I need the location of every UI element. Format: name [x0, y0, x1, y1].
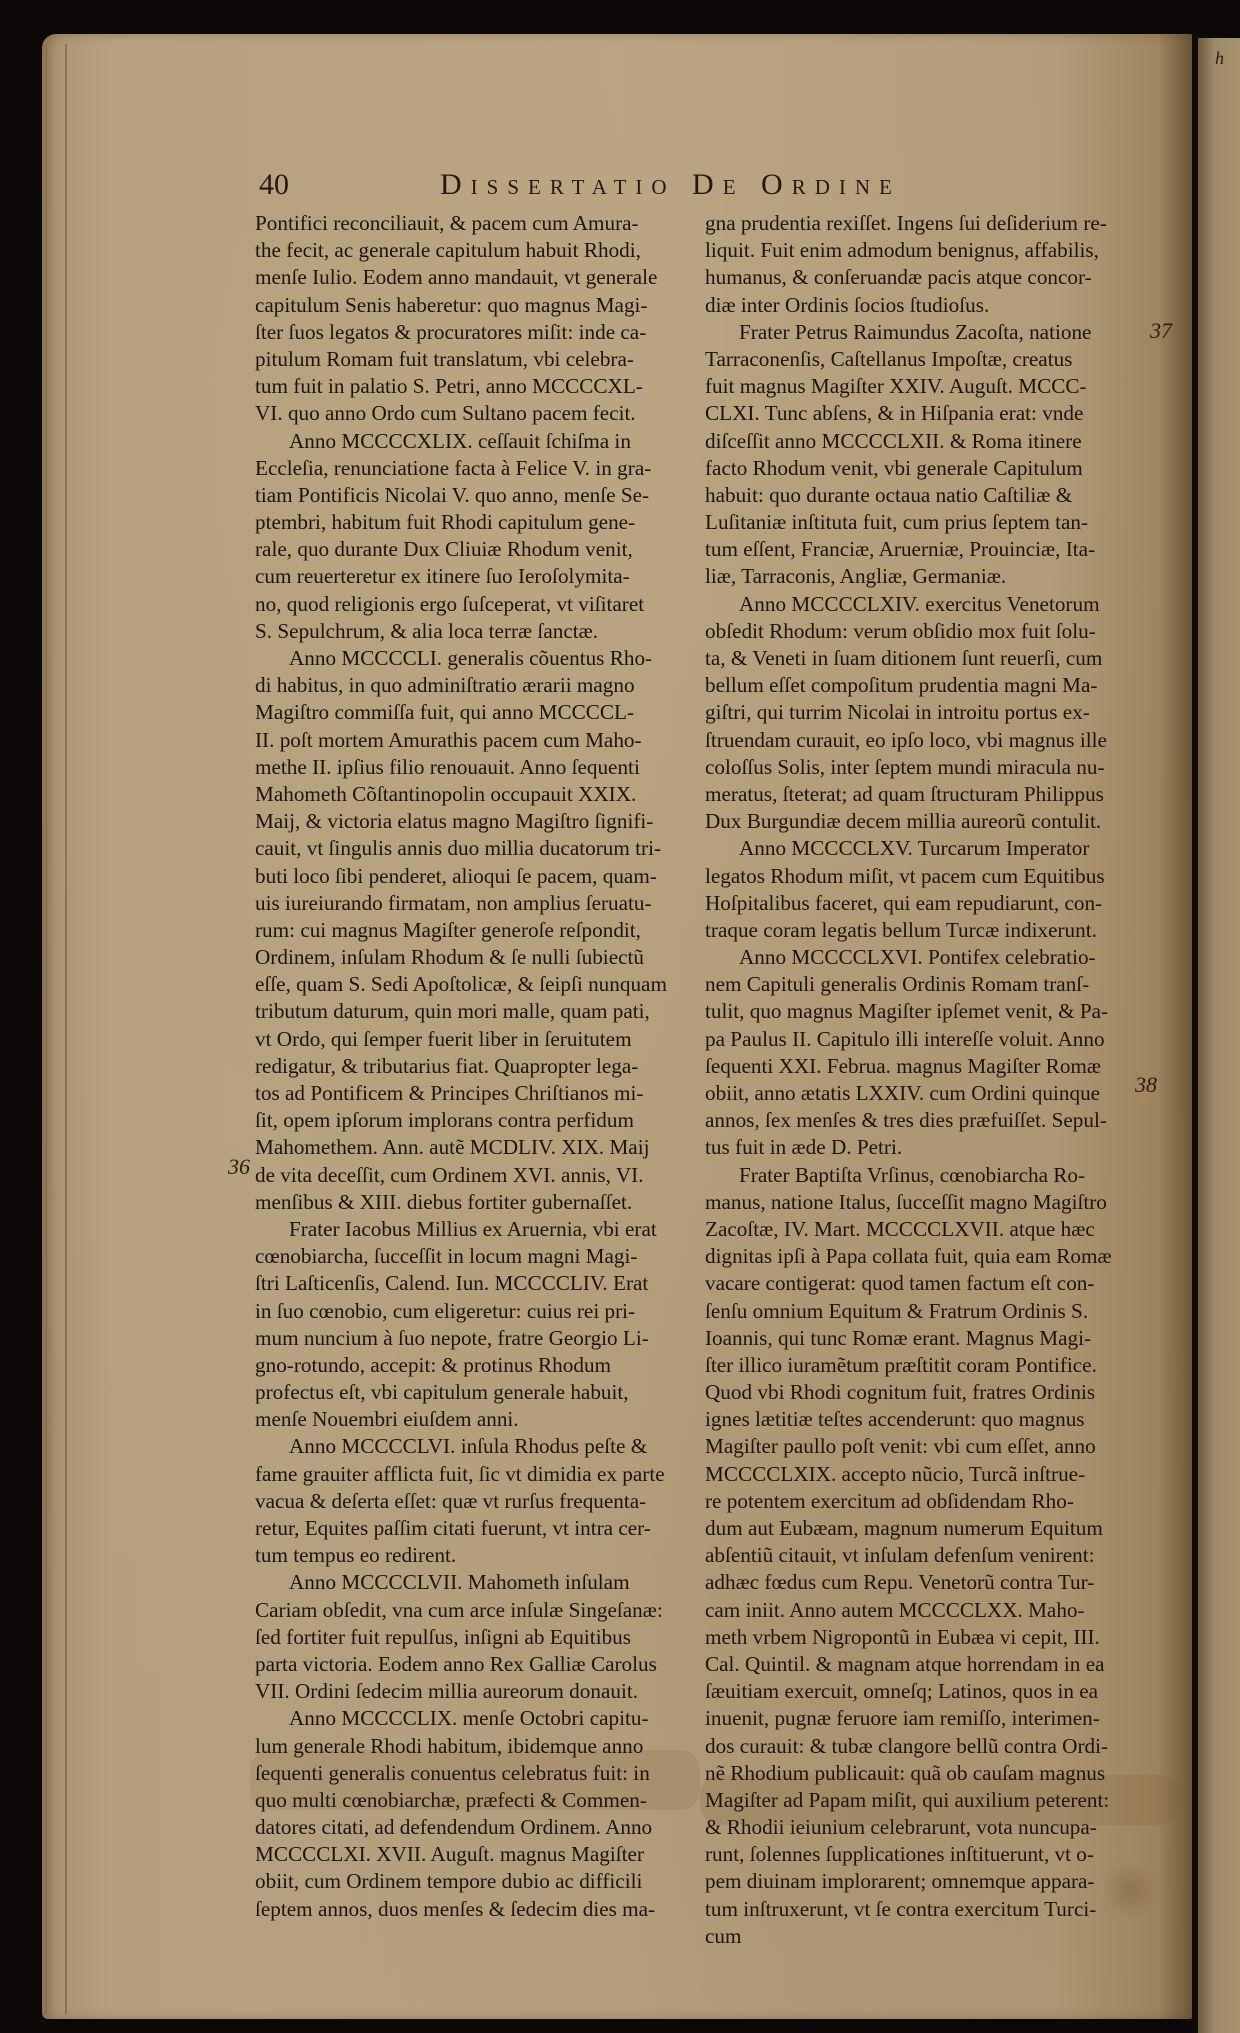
text-line: di habitus, in quo adminiſtratio ærarii …	[255, 672, 687, 699]
text-line: cauit, vt ſingulis annis duo millia duca…	[255, 835, 687, 862]
text-line: fame grauiter afflicta fuit, ſic vt dimi…	[255, 1461, 687, 1488]
text-line: tum tempus eo redirent.	[255, 1542, 687, 1569]
text-line: Anno MCCCCXLIX. ceſſauit ſchiſma in	[255, 428, 687, 455]
text-line: buti loco ſibi penderet, alioqui ſe pace…	[255, 863, 687, 890]
text-line: tum eſſent, Franciæ, Aruerniæ, Prouinciæ…	[705, 536, 1137, 563]
text-line: runt, ſolennes ſupplicationes inſtitueru…	[705, 1841, 1137, 1868]
text-line: Magiſter ad Papam miſit, qui auxilium pe…	[705, 1787, 1137, 1814]
text-line: ignes lætitiæ teſtes accenderunt: quo ma…	[705, 1406, 1137, 1433]
text-line: dos curauit: & tubæ clangore bellũ contr…	[705, 1733, 1137, 1760]
text-line: pitulum Romam fuit translatum, vbi celeb…	[255, 346, 687, 373]
text-line: retur, Equites paſſim citati fuerunt, vt…	[255, 1515, 687, 1542]
text-line: Ordinem, inſulam Rhodum & ſe nulli ſubie…	[255, 944, 687, 971]
text-line: S. Sepulchrum, & alia loca terræ ſanctæ.	[255, 618, 687, 645]
text-line: MCCCCLXIX. accepto nũcio, Turcã inſtrue-	[705, 1461, 1137, 1488]
text-line: methe II. ipſius filio renouauit. Anno ſ…	[255, 754, 687, 781]
text-line: obiit, anno ætatis LXXIV. cum Ordini qui…	[705, 1080, 1137, 1107]
text-line: vacua & deſerta eſſet: quæ vt rurſus fre…	[255, 1488, 687, 1515]
text-line: cum reuerteretur ex itinere ſuo Ieroſoly…	[255, 563, 687, 590]
text-line: VII. Ordini ſedecim millia aureorum dona…	[255, 1678, 687, 1705]
text-line: menſibus & XIII. diebus fortiter guberna…	[255, 1189, 687, 1216]
text-line: manus, natione Italus, ſucceſſit magno M…	[705, 1189, 1137, 1216]
text-line: vt Ordo, qui ſemper fuerit liber in ſeru…	[255, 1026, 687, 1053]
text-line: tum fuit in palatio S. Petri, anno MCCCC…	[255, 373, 687, 400]
text-line: ſed fortiter fuit repulſus, inſigni ab E…	[255, 1624, 687, 1651]
text-line: ſeptem annos, duos menſes & ſedecim dies…	[255, 1896, 687, 1923]
text-line: mum nuncium à ſuo nepote, fratre Georgio…	[255, 1325, 687, 1352]
text-line: Maij, & victoria elatus magno Magiſtro ſ…	[255, 808, 687, 835]
margin-note-38: 38	[1135, 1072, 1157, 1098]
text-line: cam iniit. Anno autem MCCCCLXX. Maho-	[705, 1597, 1137, 1624]
text-line: tulit, quo magnus Magiſter ipſemet venit…	[705, 998, 1137, 1025]
margin-note-36: 36	[228, 1154, 250, 1180]
text-line: cum	[705, 1923, 1137, 1950]
text-line: Tarraconenſis, Caſtellanus Impoſtæ, crea…	[705, 346, 1137, 373]
facing-page-mark: h	[1215, 48, 1224, 69]
text-line: ſtruendam curauit, eo ipſo loco, vbi mag…	[705, 727, 1137, 754]
running-title: Dissertatio De Ordine	[440, 168, 901, 202]
text-line: dignitas ipſi à Papa collata fuit, quia …	[705, 1243, 1137, 1270]
text-line: menſe Iulio. Eodem anno mandauit, vt gen…	[255, 264, 687, 291]
text-line: obſedit Rhodum: verum obſidio mox fuit ſ…	[705, 618, 1137, 645]
text-line: the fecit, ac generale capitulum habuit …	[255, 237, 687, 264]
text-line: pem diuinam implorarent; omnemque appara…	[705, 1868, 1137, 1895]
text-line: pa Paulus II. Capitulo illi intereſſe vo…	[705, 1026, 1137, 1053]
text-line: vacare contigerat: quod tamen factum eſt…	[705, 1270, 1137, 1297]
text-line: traque coram legatis bellum Turcæ indixe…	[705, 917, 1137, 944]
text-line: tus fuit in æde D. Petri.	[705, 1134, 1137, 1161]
text-line: re potentem exercitum ad obſidendam Rho-	[705, 1488, 1137, 1515]
text-line: Anno MCCCCLVII. Mahometh inſulam	[255, 1569, 687, 1596]
text-line: eſſe, quam S. Sedi Apoſtolicæ, & ſeipſi …	[255, 971, 687, 998]
text-line: menſe Nouembri eiuſdem anni.	[255, 1406, 687, 1433]
text-line: Hoſpitalibus faceret, qui eam repudiarun…	[705, 890, 1137, 917]
text-line: Mahometh Cõſtantinopolin occupauit XXIX.	[255, 781, 687, 808]
text-line: nẽ Rhodium publicauit: quã ob cauſam mag…	[705, 1760, 1137, 1787]
text-line: ſequenti generalis conuentus celebratus …	[255, 1760, 687, 1787]
text-line: tum inſtruxerunt, vt ſe contra exercitum…	[705, 1896, 1137, 1923]
page-fore-edge	[46, 44, 67, 2014]
text-line: ta, & Veneti in ſuam ditionem ſunt reuer…	[705, 645, 1137, 672]
text-line: gna prudentia rexiſſet. Ingens ſui deſid…	[705, 210, 1137, 237]
facing-page-edge	[1198, 38, 1240, 2033]
text-line: redigatur, & tributarius fiat. Quapropte…	[255, 1053, 687, 1080]
text-line: Zacoſtæ, IV. Mart. MCCCCLXVII. atque hæc	[705, 1216, 1137, 1243]
text-line: tributum daturum, quin mori malle, quam …	[255, 998, 687, 1025]
text-line: Anno MCCCCLIX. menſe Octobri capitu-	[255, 1705, 687, 1732]
text-line: quo multi cœnobiarchæ, præfecti & Commen…	[255, 1787, 687, 1814]
text-line: rale, quo durante Dux Cliuiæ Rhodum veni…	[255, 536, 687, 563]
text-line: II. poſt mortem Amurathis pacem cum Maho…	[255, 727, 687, 754]
text-line: dum aut Eubæam, magnum numerum Equitum	[705, 1515, 1137, 1542]
text-line: Eccleſia, renunciatione facta à Felice V…	[255, 455, 687, 482]
page-number: 40	[259, 168, 289, 202]
text-line: Luſitaniæ inſtituta fuit, cum prius ſept…	[705, 509, 1137, 536]
text-line: rum: cui magnus Magiſter generoſe reſpon…	[255, 917, 687, 944]
text-line: legatos Rhodum miſit, vt pacem cum Equit…	[705, 863, 1137, 890]
text-line: ſenſu omnium Equitum & Fratrum Ordinis S…	[705, 1298, 1137, 1325]
text-line: Ioannis, qui tunc Romæ erant. Magnus Mag…	[705, 1325, 1137, 1352]
text-line: Quod vbi Rhodi cognitum fuit, fratres Or…	[705, 1379, 1137, 1406]
text-line: Frater Baptiſta Vrſinus, cœnobiarcha Ro-	[705, 1162, 1137, 1189]
text-line: habuit: quo durante octaua natio Caſtili…	[705, 482, 1137, 509]
text-line: profectus eſt, vbi capitulum generale ha…	[255, 1379, 687, 1406]
text-line: lum generale Rhodi habitum, ibidemque an…	[255, 1733, 687, 1760]
text-line: Magiſter paullo poſt venit: vbi cum eſſe…	[705, 1433, 1137, 1460]
right-text-column: gna prudentia rexiſſet. Ingens ſui deſid…	[705, 210, 1137, 1950]
text-line: diſceſſit anno MCCCCLXII. & Roma itinere	[705, 428, 1137, 455]
text-line: diæ inter Ordinis ſocios ſtudioſus.	[705, 292, 1137, 319]
text-line: meth vrbem Nigropontũ in Eubæa vi cepit,…	[705, 1624, 1137, 1651]
text-line: cœnobiarcha, ſucceſſit in locum magni Ma…	[255, 1243, 687, 1270]
text-line: Magiſtro commiſſa fuit, qui anno MCCCCL-	[255, 699, 687, 726]
text-line: Cariam obſedit, vna cum arce inſulæ Sing…	[255, 1597, 687, 1624]
text-line: no, quod religionis ergo ſuſceperat, vt …	[255, 591, 687, 618]
text-line: liæ, Tarraconis, Angliæ, Germaniæ.	[705, 563, 1137, 590]
text-line: giſtri, qui turrim Nicolai in introitu p…	[705, 699, 1137, 726]
text-line: Anno MCCCCLXIV. exercitus Venetorum	[705, 591, 1137, 618]
text-line: inuenit, pugnæ feruore iam remiſſo, inte…	[705, 1705, 1137, 1732]
text-line: in ſuo cœnobio, cum eligeretur: cuius re…	[255, 1298, 687, 1325]
text-line: uis iureiurando firmatam, non amplius ſe…	[255, 890, 687, 917]
left-text-column: Pontifici reconciliauit, & pacem cum Amu…	[255, 210, 687, 1923]
text-line: Cal. Quintil. & magnam atque horrendam i…	[705, 1651, 1137, 1678]
text-line: CLXI. Tunc abſens, & in Hiſpania erat: v…	[705, 400, 1137, 427]
text-line: ſter ſuos legatos & procuratores miſit: …	[255, 319, 687, 346]
text-line: parta victoria. Eodem anno Rex Galliæ Ca…	[255, 1651, 687, 1678]
text-line: Anno MCCCCLI. generalis cõuentus Rho-	[255, 645, 687, 672]
text-line: VI. quo anno Ordo cum Sultano pacem feci…	[255, 400, 687, 427]
text-line: ptembri, habitum fuit Rhodi capitulum ge…	[255, 509, 687, 536]
text-line: Frater Iacobus Millius ex Aruernia, vbi …	[255, 1216, 687, 1243]
text-line: coloſſus Solis, inter ſeptem mundi mirac…	[705, 754, 1137, 781]
text-line: gno-rotundo, accepit: & protinus Rhodum	[255, 1352, 687, 1379]
page-header: 40 Dissertatio De Ordine	[255, 168, 1160, 208]
text-line: tiam Pontificis Nicolai V. quo anno, men…	[255, 482, 687, 509]
text-line: Anno MCCCCLXVI. Pontifex celebratio-	[705, 944, 1137, 971]
text-line: liquit. Fuit enim admodum benignus, affa…	[705, 237, 1137, 264]
text-line: Pontifici reconciliauit, & pacem cum Amu…	[255, 210, 687, 237]
text-line: ſæuitiam exercuit, omneſq; Latinos, quos…	[705, 1678, 1137, 1705]
text-line: nem Capituli generalis Ordinis Romam tra…	[705, 971, 1137, 998]
text-line: adhæc fœdus cum Repu. Venetorũ contra Tu…	[705, 1569, 1137, 1596]
text-line: de vita deceſſit, cum Ordinem XVI. annis…	[255, 1162, 687, 1189]
text-line: capitulum Senis haberetur: quo magnus Ma…	[255, 292, 687, 319]
text-line: obiit, cum Ordinem tempore dubio ac diff…	[255, 1868, 687, 1895]
text-line: ſit, opem ipſorum implorans contra perfi…	[255, 1107, 687, 1134]
text-line: fuit magnus Magiſter XXIV. Auguſt. MCCC-	[705, 373, 1137, 400]
text-line: ſter illico iuramẽtum præſtitit coram Po…	[705, 1352, 1137, 1379]
text-line: facto Rhodum venit, vbi generale Capitul…	[705, 455, 1137, 482]
text-line: Frater Petrus Raimundus Zacoſta, natione	[705, 319, 1137, 346]
text-line: & Rhodii ieiunium celebrarunt, vota nunc…	[705, 1814, 1137, 1841]
text-line: ſtri Laſticenſis, Calend. Iun. MCCCCLIV.…	[255, 1270, 687, 1297]
text-line: meratus, ſteterat; ad quam ſtructuram Ph…	[705, 781, 1137, 808]
text-line: abſentiũ citauit, vt inſulam defenſum ve…	[705, 1542, 1137, 1569]
text-line: ſequenti XXI. Februa. magnus Magiſter Ro…	[705, 1053, 1137, 1080]
text-line: MCCCCLXI. XVII. Auguſt. magnus Magiſter	[255, 1841, 687, 1868]
text-line: Anno MCCCCLXV. Turcarum Imperator	[705, 835, 1137, 862]
margin-note-37: 37	[1150, 318, 1172, 344]
text-line: annos, ſex menſes & tres dies præfuiſſet…	[705, 1107, 1137, 1134]
text-line: Dux Burgundiæ decem millia aureorũ contu…	[705, 808, 1137, 835]
text-line: bellum eſſet compoſitum prudentia magni …	[705, 672, 1137, 699]
text-line: tos ad Pontificem & Principes Chriſtiano…	[255, 1080, 687, 1107]
text-line: humanus, & conſeruandæ pacis atque conco…	[705, 264, 1137, 291]
text-line: datores citati, ad defendendum Ordinem. …	[255, 1814, 687, 1841]
text-line: Mahomethem. Ann. autẽ MCDLIV. XIX. Maij	[255, 1134, 687, 1161]
text-line: Anno MCCCCLVI. inſula Rhodus peſte &	[255, 1433, 687, 1460]
